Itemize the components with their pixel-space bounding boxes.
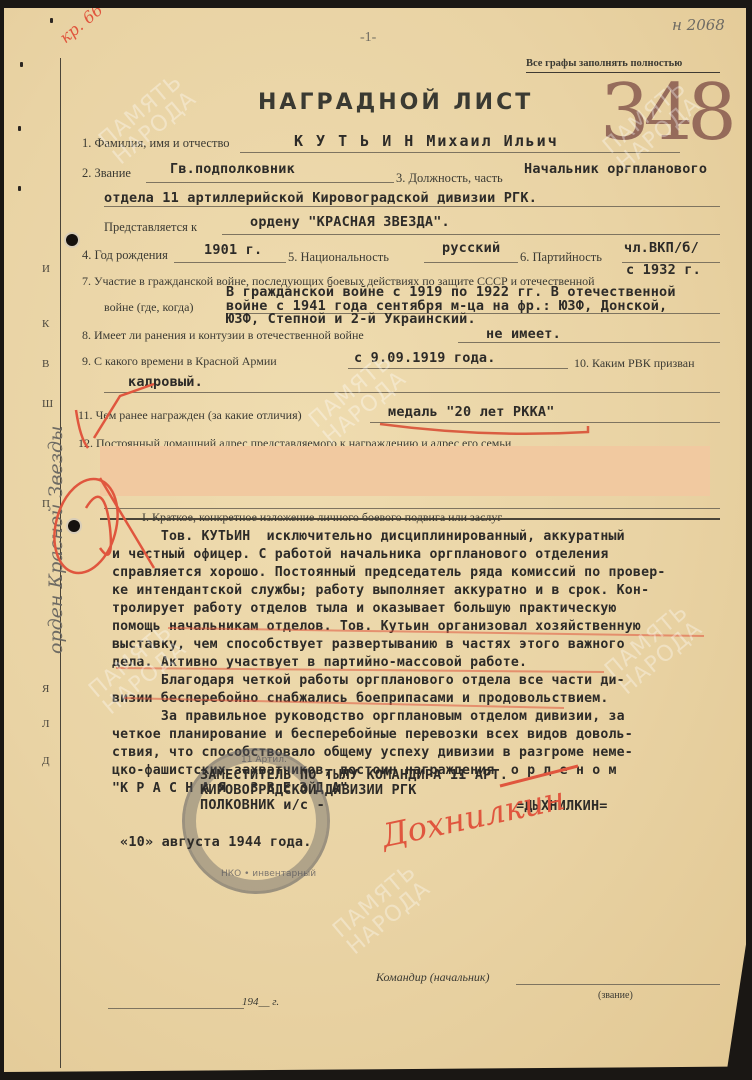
award-sheet-page: И К В Ш П Я Л Д орден Красной Звезды кр.… [4, 8, 746, 1072]
